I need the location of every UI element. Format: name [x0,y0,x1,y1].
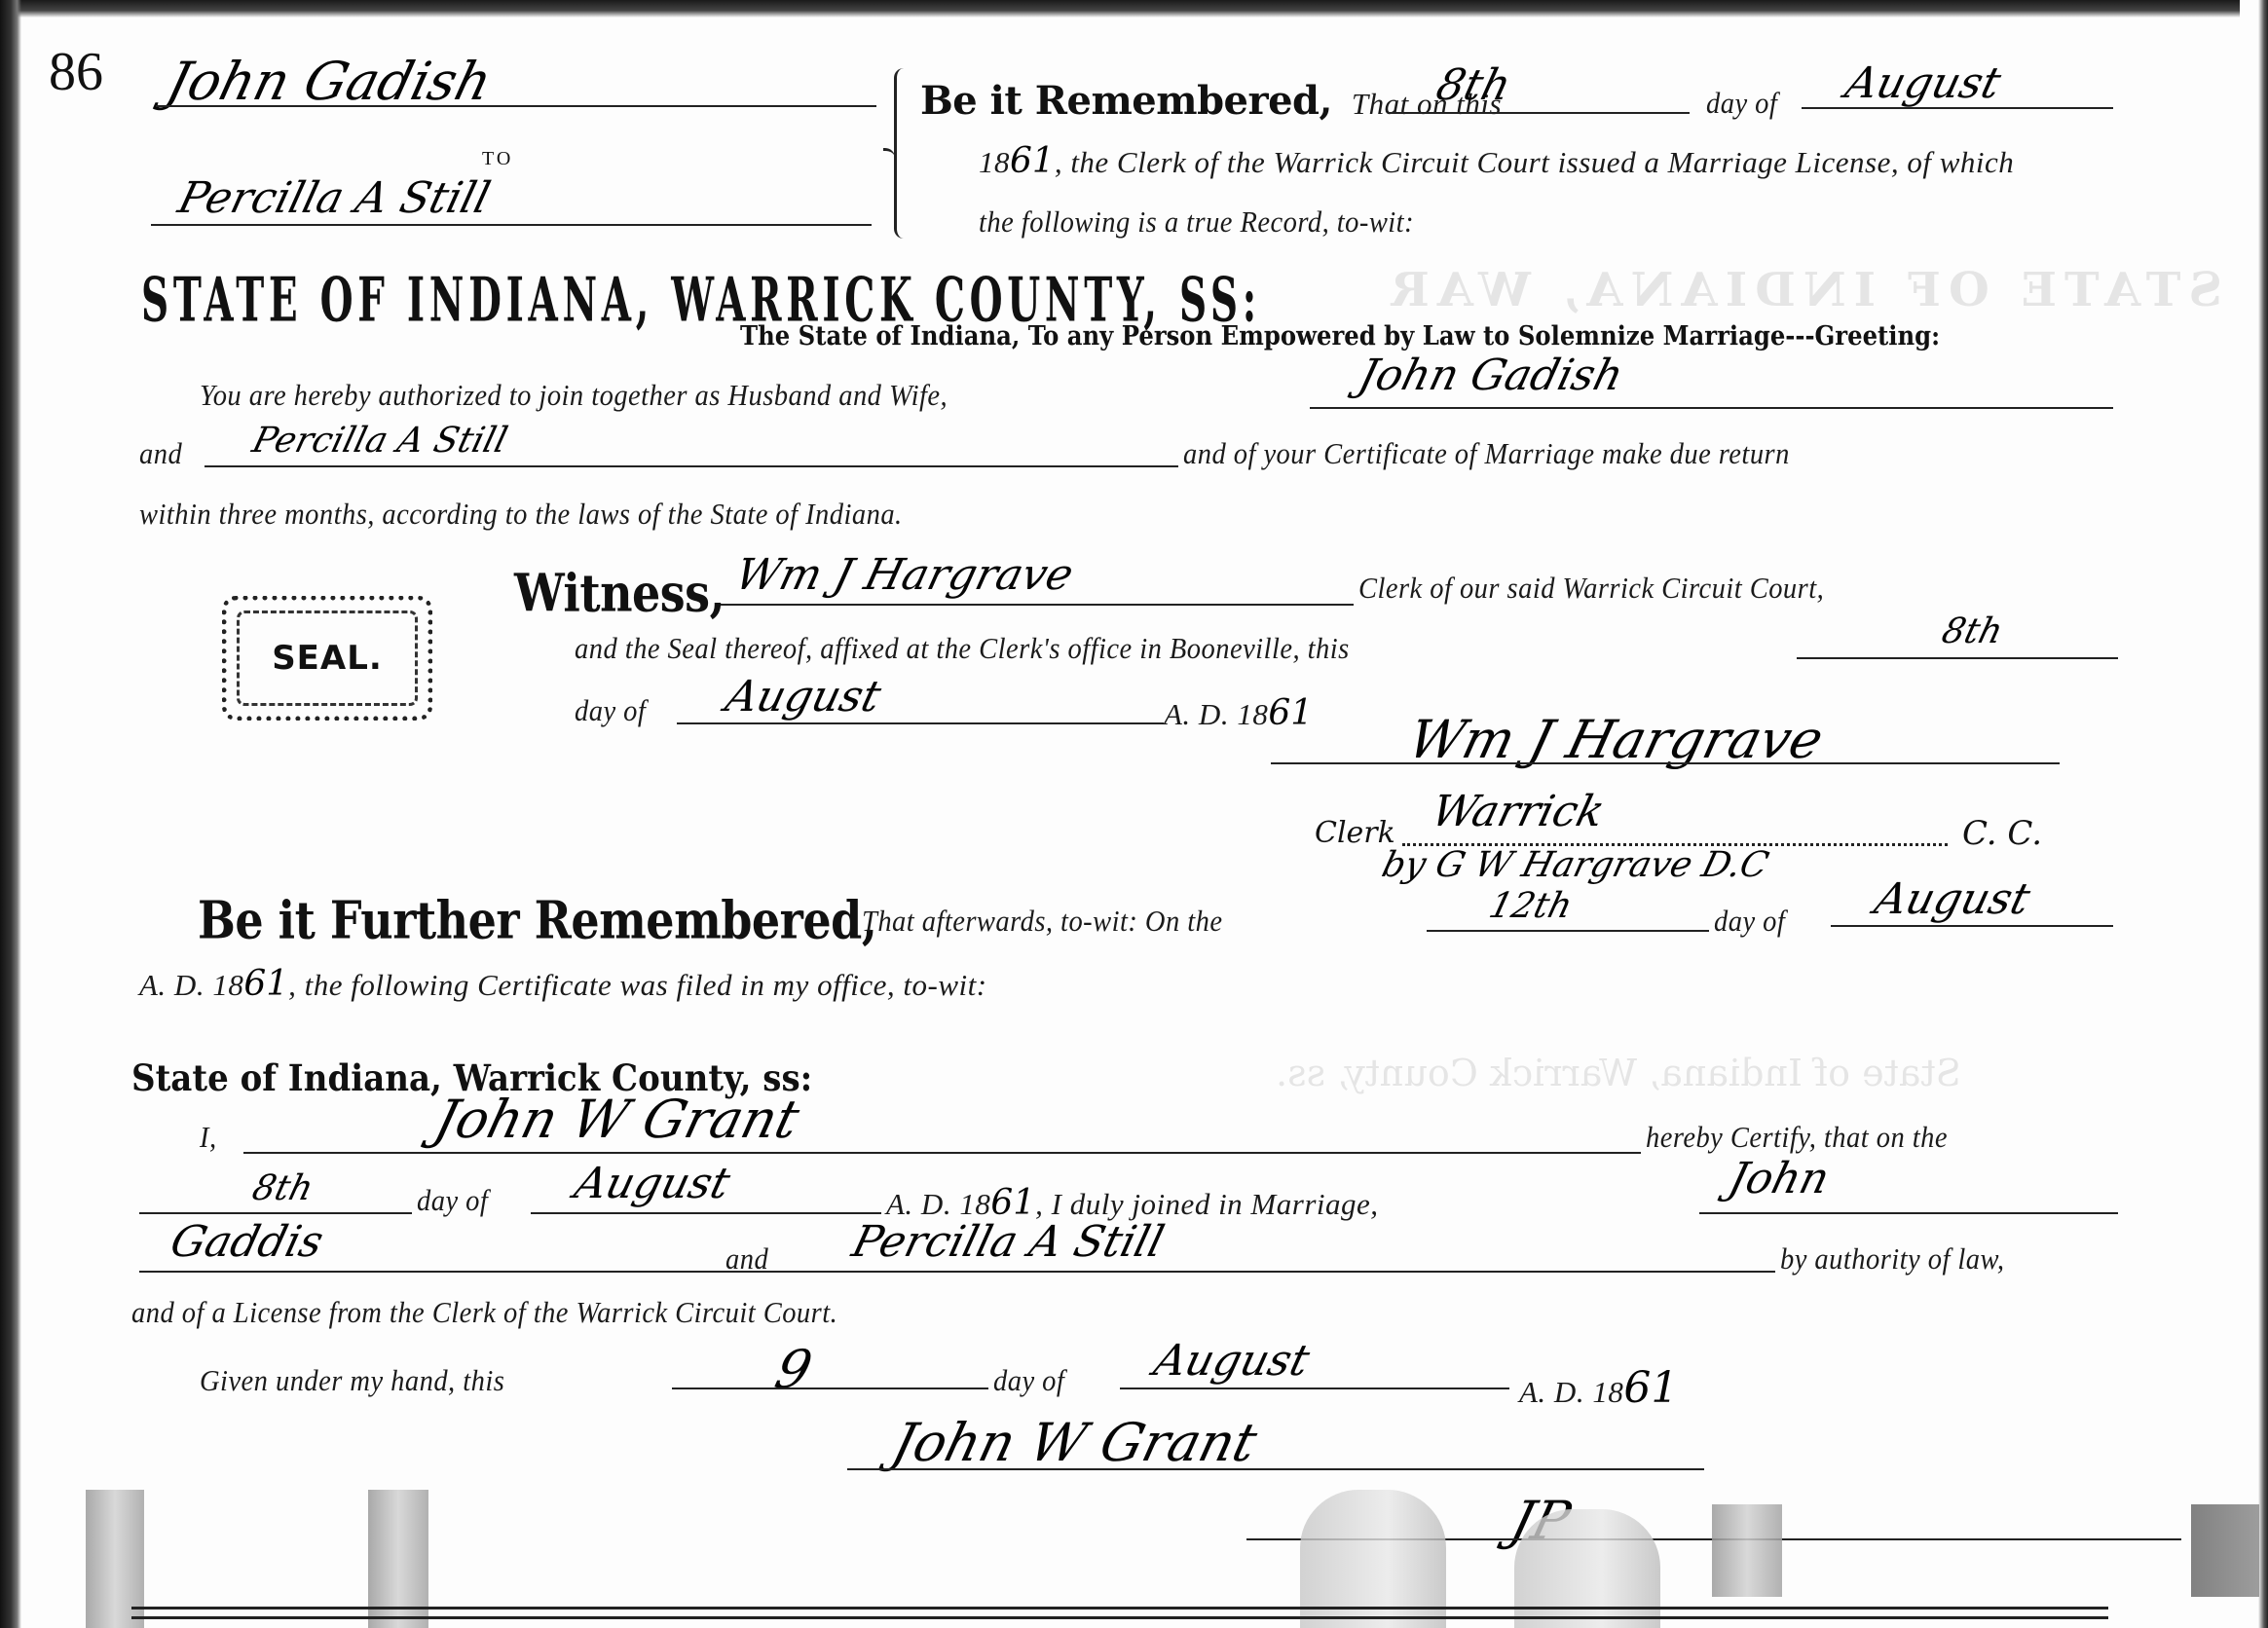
header-bride-line [151,224,872,226]
deputy-clerk-signature: by G W Hargrave D.C [1378,845,1772,885]
certificate-month: August [570,1159,735,1208]
authorization-bride: Percilla A Still [248,421,511,461]
certificate-day: 8th [248,1168,317,1208]
witness-signature-line [1271,762,2060,764]
remembered-year-suffix: 61 [1010,141,1055,181]
further-year-suffix: 61 [243,964,288,1004]
book-edge-top [0,0,2240,18]
authorization-and: and [139,436,182,471]
witness-text-3: day of [575,693,646,728]
certificate-text-7: and of a License from the Clerk of the W… [131,1295,837,1330]
given-year: A. D. 1861 [1519,1363,1678,1413]
witness-year-suffix: 61 [1268,693,1313,733]
book-edge-right [2258,0,2268,1628]
certificate-text-4: , I duly joined in Marriage, [1035,1187,1378,1221]
bracket [894,68,911,239]
authorization-groom-line [1310,407,2113,409]
certificate-text-6: by authority of law, [1780,1241,2004,1276]
header-to-label: TO [482,148,513,170]
remembered-line-1: Be it Remembered, That on this [920,78,1502,124]
certificate-month-line [531,1212,881,1214]
remembered-text-2: day of [1706,86,1777,121]
given-day-line [672,1387,988,1389]
given-text-3: A. D. 18 [1519,1375,1623,1409]
remembered-month-line [1802,107,2113,109]
certificate-text-5: and [725,1241,768,1276]
witness-text-1: Clerk of our said Warrick Circuit Court, [1358,571,1824,606]
book-edge-left [0,0,21,1628]
certificate-groom-first: John [1724,1154,1835,1203]
witness-text-4: A. D. 18 [1164,697,1268,731]
watermark-block-1 [1712,1504,1782,1597]
further-day-line [1427,930,1709,932]
certificate-bride: Percilla A Still [847,1217,1169,1267]
certificate-text-1: hereby Certify, that on the [1646,1120,1948,1155]
marriage-record-page: STATE OF INDIANA, WAR State of Indiana, … [0,0,2268,1628]
bottom-rule-1 [131,1607,2108,1609]
given-text-2: day of [993,1363,1064,1398]
clerk-county-hand: Warrick [1427,787,1610,836]
further-text-1: That afterwards, to-wit: On the [862,904,1223,939]
clerk-label: Clerk [1315,816,1395,850]
seal-label: SEAL. [272,639,383,678]
authorization-bride-line [204,465,1178,467]
certificate-officiant: John W Grant [428,1089,805,1150]
witness-day: 8th [1938,611,2007,651]
remembered-year-prefix: 18 [979,145,1010,179]
header-groom-name: John Gadish [161,51,498,112]
remembered-day-line [1388,112,1690,114]
certificate-groom-last-line [139,1271,1775,1273]
further-lead: Be it Further Remembered, [198,890,876,950]
given-text: Given under my hand, this [200,1363,504,1398]
witness-text-2: and the Seal thereof, affixed at the Cle… [575,631,1350,666]
remembered-text-3: , the Clerk of the Warrick Circuit Court… [1055,145,2014,179]
authorization-groom: John Gadish [1354,351,1628,400]
witness-signature: Wm J Hargrave [1402,709,1830,770]
witness-clerk-line [721,604,1354,606]
certificate-text-2: day of [417,1183,488,1218]
certificate-officiant-line [243,1152,1641,1154]
given-day: 9 [769,1339,818,1400]
further-month: August [1870,874,2035,924]
remembered-line-2: 1861, the Clerk of the Warrick Circuit C… [979,141,2014,181]
given-month: August [1149,1336,1315,1386]
witness-month-line [677,722,1164,724]
remembered-text-4: the following is a true Record, to-wit: [979,204,1414,240]
clerk-cc-label: C. C. [1962,814,2042,853]
further-text-2: day of [1714,904,1785,939]
authorization-text-1: You are hereby authorized to join togeth… [200,378,948,413]
witness-lead: Witness, [514,563,725,623]
remembered-lead: Be it Remembered, [920,78,1332,124]
further-text-3: A. D. 18 [139,968,243,1002]
greeting-line: The State of Indiana, To any Person Empo… [740,321,1940,351]
bleed-through-header: STATE OF INDIANA, WAR [1383,263,2222,317]
given-month-line [1120,1387,1509,1389]
witness-month: August [721,672,886,721]
remembered-month: August [1840,58,2006,108]
certificate-groom-last: Gaddis [166,1217,328,1267]
certificate-i-label: I, [200,1120,217,1155]
further-day: 12th [1485,886,1577,926]
given-year-suffix: 61 [1623,1363,1678,1413]
bleed-through-state: State of Indiana, Warrick County, ss. [1276,1052,1961,1094]
witness-year: A. D. 1861 [1164,693,1313,733]
further-text-4: , the following Certificate was filed in… [288,968,986,1002]
header-groom-line [156,105,876,107]
certificate-day-line [139,1212,412,1214]
certificate-text-3: A. D. 18 [886,1187,990,1221]
witness-day-line [1797,657,2118,659]
authorization-text-3: within three months, according to the la… [139,497,903,532]
witness-clerk-name: Wm J Hargrave [730,550,1078,600]
watermark-block-2 [2191,1504,2259,1597]
officiant-signature: John W Grant [886,1412,1263,1473]
seal-box: SEAL. [222,596,432,721]
authorization-text-2: and of your Certificate of Marriage make… [1183,436,1790,471]
page-number: 86 [49,41,103,103]
officiant-signature-line [847,1468,1704,1470]
remembered-day: 8th [1431,60,1516,110]
further-line-2: A. D. 1861, the following Certificate wa… [139,964,987,1004]
bottom-rule-2 [131,1616,2108,1619]
header-bride-name: Percilla A Still [173,173,495,223]
watermark-arch-2 [1514,1509,1660,1628]
certificate-groom-line [1699,1212,2118,1214]
further-month-line [1831,925,2113,927]
